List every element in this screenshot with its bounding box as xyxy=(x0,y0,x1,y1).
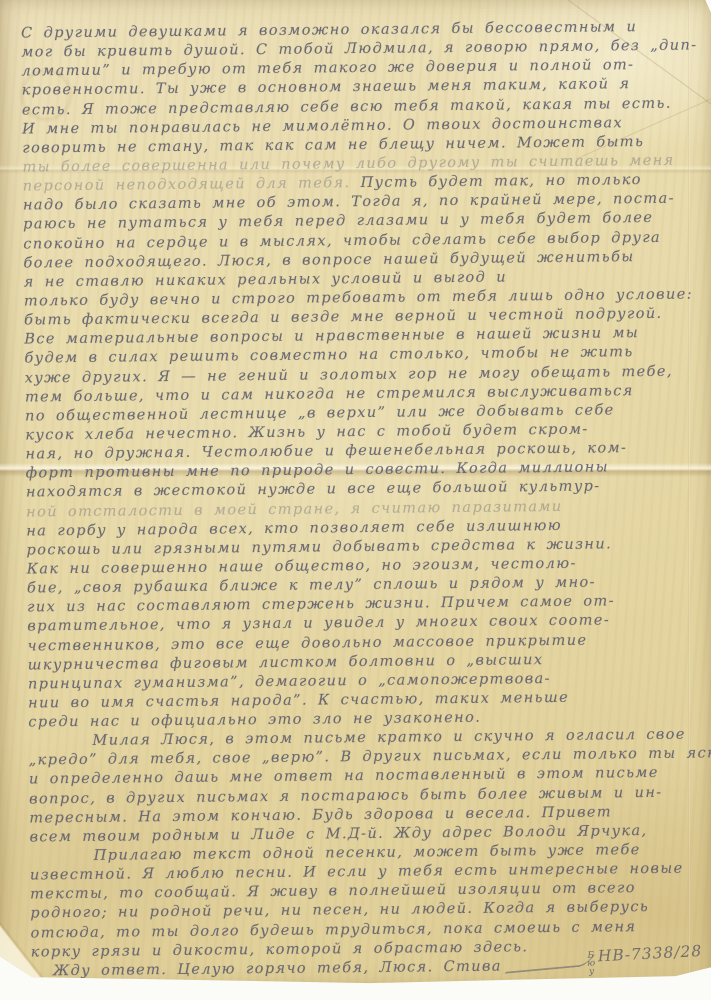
inventory-vertical-mark: Бюу xyxy=(586,951,597,975)
letter-page: С другими девушками я возможно оказался … xyxy=(0,0,711,990)
letter-body: С другими девушками я возможно оказался … xyxy=(21,18,700,982)
